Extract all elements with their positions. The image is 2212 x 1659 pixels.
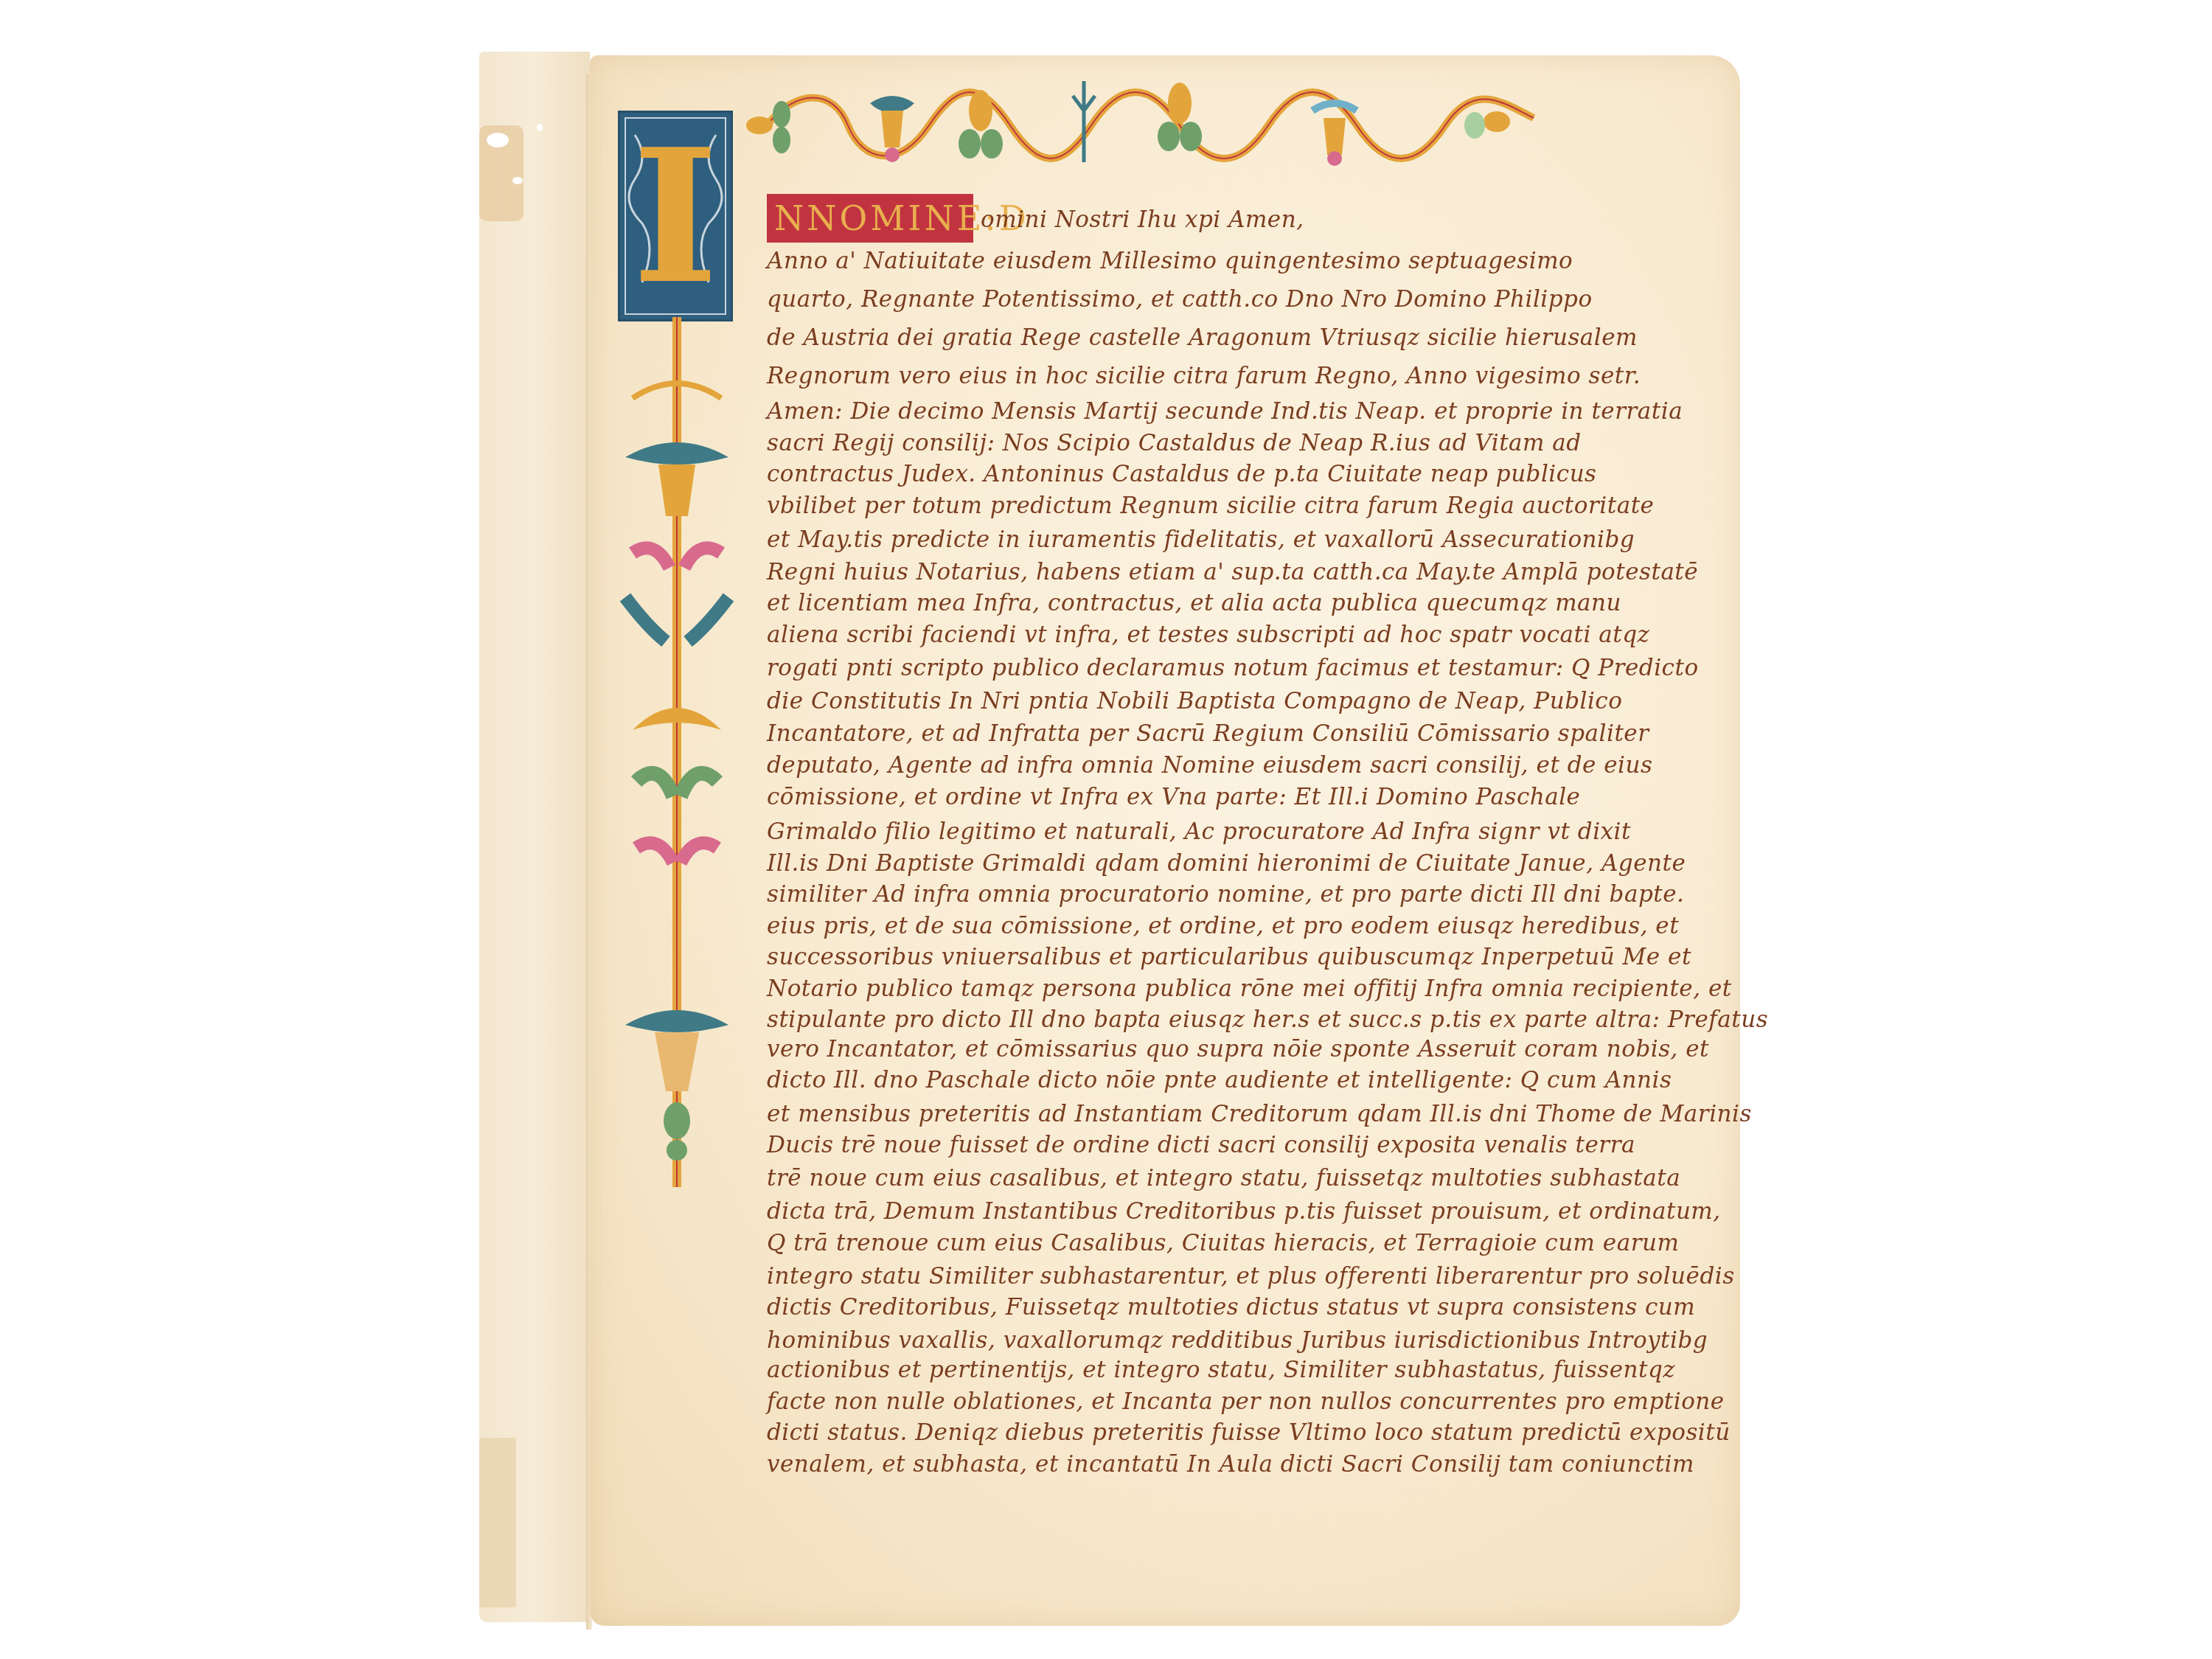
text-line: successoribus vniuersalibus et particula… <box>767 944 1691 970</box>
text-line: Grimaldo filio legitimo et naturali, Ac … <box>767 818 1631 845</box>
text-line: de Austria dei gratia Rege castelle Arag… <box>767 324 1638 351</box>
text-line: et May.tis predicte in iuramentis fideli… <box>767 526 1635 553</box>
flyleaf <box>479 52 590 1622</box>
text-line: Amen: Die decimo Mensis Martij secunde I… <box>767 398 1683 425</box>
text-line: trē noue cum eius casalibus, et integro … <box>767 1165 1680 1192</box>
worm-hole <box>512 177 523 184</box>
text-line: eius pris, et de sua cōmissione, et ordi… <box>767 913 1679 939</box>
text-line: rogati pnti scripto publico declaramus n… <box>767 655 1699 681</box>
text-line: aliena scribi faciendi vt infra, et test… <box>767 622 1649 648</box>
acanthus-leaf-icon <box>625 1010 728 1161</box>
text-line: omini Nostri Ihu xpi Amen, <box>981 206 1304 233</box>
worm-hole <box>537 124 543 131</box>
text-line: hominibus vaxallis, vaxallorumqz redditi… <box>767 1327 1708 1354</box>
flower-icon <box>1464 111 1510 139</box>
text-line: vero Incantator, et cōmissarius quo supr… <box>767 1036 1709 1062</box>
text-line: facte non nulle oblationes, et Incanta p… <box>767 1388 1725 1415</box>
text-line: stipulante pro dicto Ill dno bapta eiusq… <box>767 1006 1768 1033</box>
text-line: Ducis trē noue fuisset de ordine dicti s… <box>767 1132 1635 1158</box>
text-line: integro statu Similiter subhastarentur, … <box>767 1263 1735 1290</box>
floral-header-decoration <box>737 81 1563 177</box>
text-line: actionibus et pertinentijs, et integro s… <box>767 1357 1675 1383</box>
initial-letter: I <box>620 113 731 319</box>
text-line: sacri Regij consilij: Nos Scipio Castald… <box>767 430 1582 456</box>
text-line: Regni huius Notarius, habens etiam a' su… <box>767 559 1698 585</box>
text-line: Q trā trenoue cum eius Casalibus, Ciuita… <box>767 1230 1679 1256</box>
worm-hole <box>487 133 509 147</box>
text-line: dicta trā, Demum Instantibus Creditoribu… <box>767 1198 1721 1225</box>
rubric-heading: NNOMINE:D <box>767 194 973 243</box>
text-line: dicti status. Deniqz diebus preteritis f… <box>767 1419 1731 1446</box>
text-line: et licentiam mea Infra, contractus, et a… <box>767 590 1621 616</box>
acanthus-leaf-icon <box>625 442 728 516</box>
text-line: et mensibus preteritis ad Instantiam Cre… <box>767 1101 1752 1127</box>
text-line: deputato, Agente ad infra omnia Nomine e… <box>767 752 1652 779</box>
text-line: die Constitutis In Nri pntia Nobili Bapt… <box>767 688 1622 714</box>
flower-icon <box>746 101 790 153</box>
text-line: contractus Judex. Antoninus Castaldus de… <box>767 461 1597 487</box>
text-line: cōmissione, et ordine vt Infra ex Vna pa… <box>767 784 1580 810</box>
bud-icon <box>1158 83 1202 151</box>
text-line: similiter Ad infra omnia procuratorio no… <box>767 881 1684 908</box>
text-line: Regnorum vero eius in hoc sicilie citra … <box>767 363 1641 389</box>
illuminated-initial: I <box>618 111 733 321</box>
text-line: dictis Creditoribus, Fuissetqz multoties… <box>767 1294 1695 1321</box>
text-line: Notario publico tamqz persona publica rō… <box>767 975 1732 1002</box>
text-line: Incantatore, et ad Infratta per Sacrū Re… <box>767 720 1649 747</box>
text-line: dicto Ill. dno Paschale dicto nōie pnte … <box>767 1067 1672 1093</box>
water-stain <box>479 1438 516 1607</box>
bud-icon <box>959 90 1003 159</box>
text-line: quarto, Regnante Potentissimo, et catth.… <box>767 286 1593 313</box>
text-line: vbilibet per totum predictum Regnum sici… <box>767 493 1654 519</box>
text-line: venalem, et subhasta, et incantatū In Au… <box>767 1451 1694 1478</box>
text-line: Ill.is Dni Baptiste Grimaldi qdam domini… <box>767 850 1686 877</box>
vine-border-decoration <box>618 317 736 1261</box>
text-line: Anno a' Natiuitate eiusdem Millesimo qui… <box>767 248 1573 274</box>
